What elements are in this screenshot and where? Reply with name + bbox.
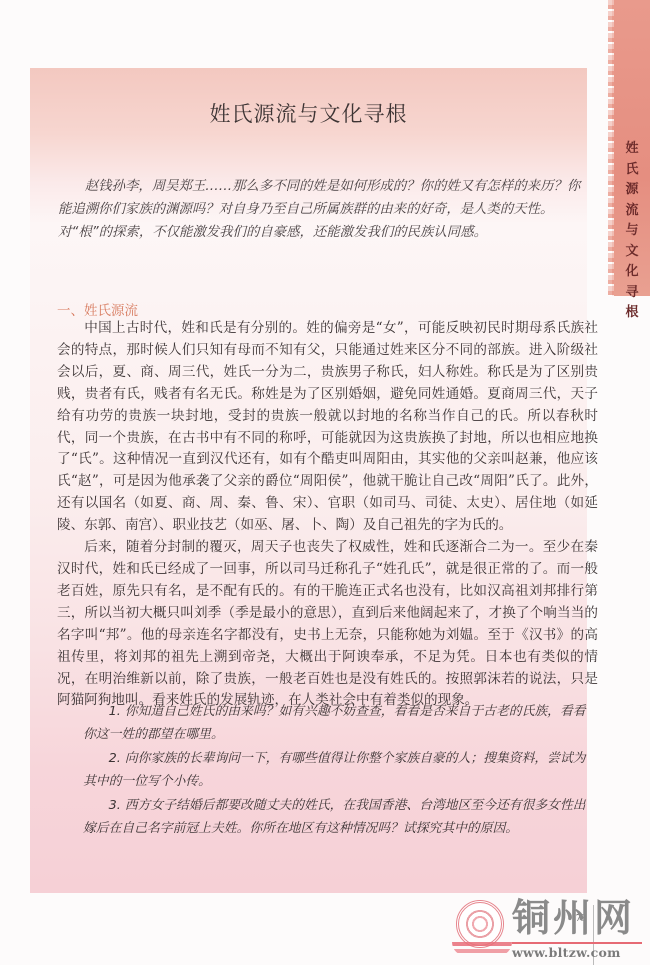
question-item: 1. 你知道自己姓氏的由来吗？如有兴趣不妨查查，看看是否来自于古老的氏族，看看你…	[83, 700, 597, 747]
intro-text: 赵钱孙李，周吴郑王……那么多不同的姓是如何形成的？你的姓又有怎样的来历？你能追溯…	[58, 175, 588, 244]
watermark-divider	[512, 942, 642, 944]
body-paragraph: 后来，随着分封制的覆灭，周天子也丧失了权威性，姓和氏逐渐合二为一。至少在秦汉时代…	[57, 537, 598, 712]
section-heading: 一、姓氏源流	[57, 299, 138, 319]
watermark-logo-icon	[456, 900, 504, 948]
chapter-side-tab: 姓氏源流与文化寻根	[612, 0, 650, 296]
question-item: 2. 向你家族的长辈询问一下，有哪些值得让你整个家族自豪的人；搜集资料，尝试为其…	[83, 747, 597, 794]
body-paragraph: 中国上古时代，姓和氏是有分别的。姓的偏旁是“女”，可能反映初民时期母系氏族社会的…	[57, 318, 598, 537]
chapter-side-tab-label: 姓氏源流与文化寻根	[621, 139, 643, 324]
exercise-questions: 1. 你知道自己姓氏的由来吗？如有兴趣不妨查查，看看是否来自于古老的氏族，看看你…	[83, 700, 597, 840]
intro-paragraph: 赵钱孙李，周吴郑王……那么多不同的姓是如何形成的？你的姓又有怎样的来历？你能追溯…	[58, 175, 588, 244]
watermark-url: www.bltzw.com	[512, 945, 621, 960]
question-item: 3. 西方女子结婚后都要改随丈夫的姓氏，在我国香港、台湾地区至今还有很多女性出嫁…	[83, 794, 597, 841]
content-panel: 姓氏源流与文化寻根 赵钱孙李，周吴郑王……那么多不同的姓是如何形成的？你的姓又有…	[30, 68, 587, 893]
watermark-wave-icon	[452, 942, 512, 956]
section-body: 中国上古时代，姓和氏是有分别的。姓的偏旁是“女”，可能反映初民时期母系氏族社会的…	[57, 318, 598, 712]
watermark-site-name: 铜州网	[512, 896, 635, 940]
page-title: 姓氏源流与文化寻根	[30, 98, 587, 128]
site-watermark: 铜州网 www.bltzw.com	[452, 896, 642, 961]
